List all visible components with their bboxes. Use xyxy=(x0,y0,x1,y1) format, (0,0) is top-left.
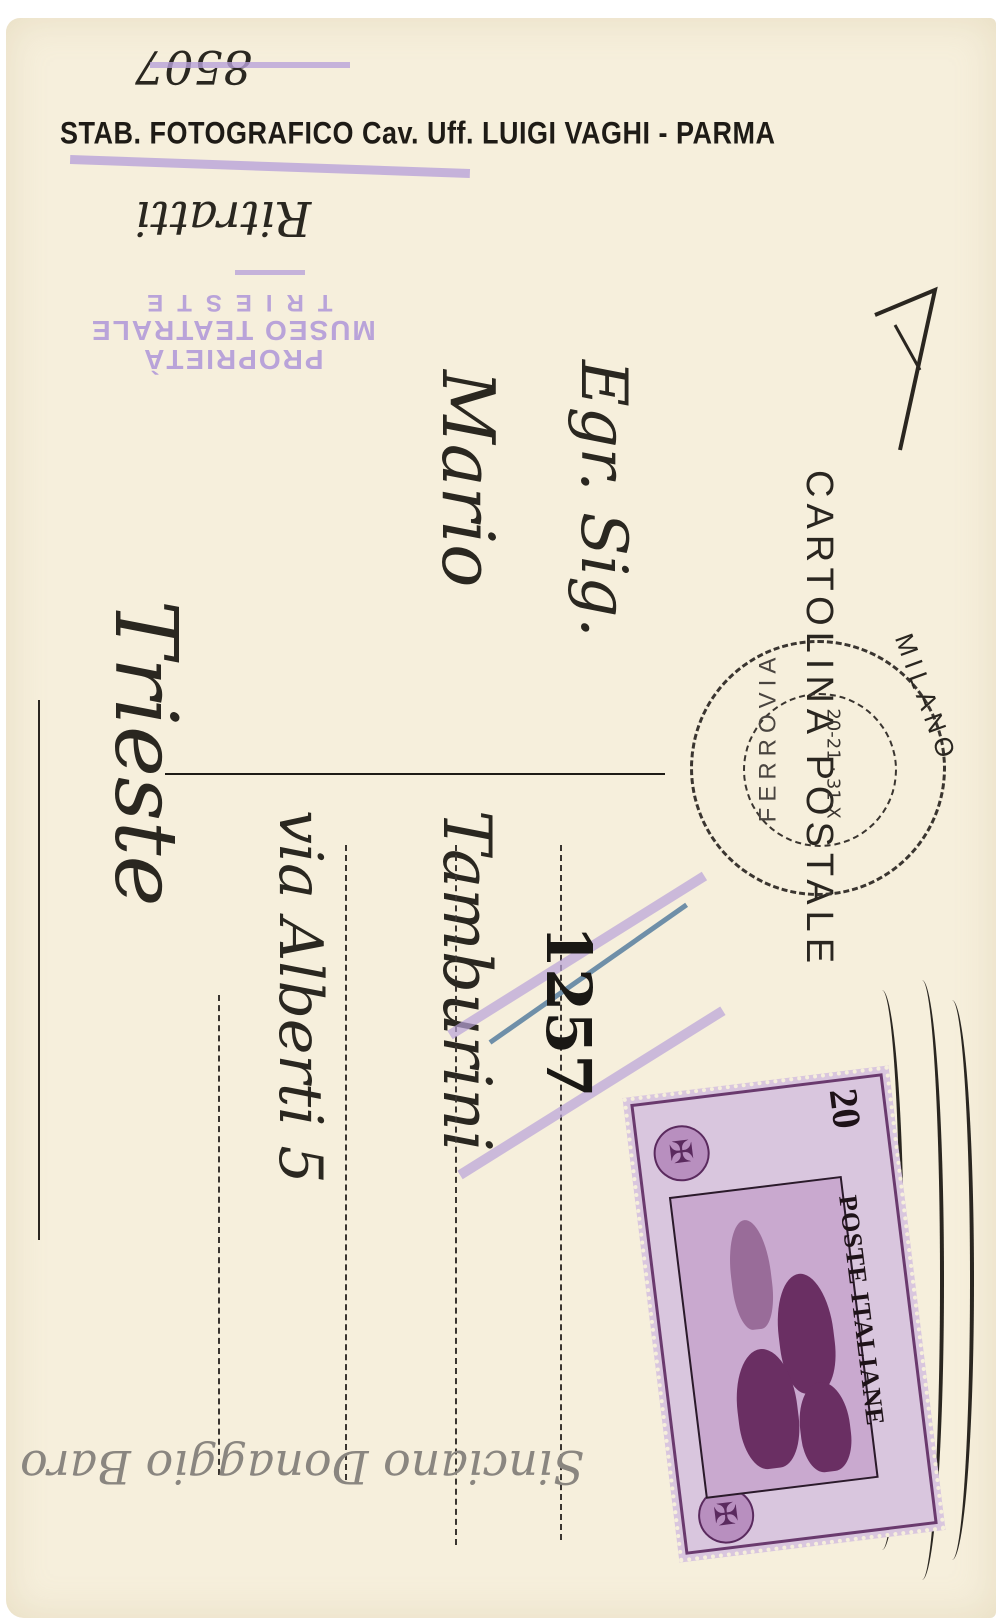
address-line-5: Trieste xyxy=(95,600,195,906)
address-line-2: Mario xyxy=(426,370,510,587)
handwritten-note: Ritratti xyxy=(135,190,311,246)
stamp-value: 20 xyxy=(820,1086,872,1131)
postmark: MILANO FERROVIA 20-21 · 31-X xyxy=(690,640,946,896)
address-guide-2 xyxy=(345,845,347,1480)
address-line-4: via Alberti 5 xyxy=(265,810,335,1184)
postmark-office: FERROVIA xyxy=(754,652,782,823)
address-line-1: Egr. Sig. xyxy=(566,360,640,638)
address-guide-0 xyxy=(38,700,40,1240)
address-guide-1 xyxy=(218,995,220,1475)
museum-ownership-stamp: PROPRIETÀ MUSEO TEATRALE TRIESTE xyxy=(90,290,376,374)
violet-mark-top xyxy=(150,62,350,68)
violet-mark-mid xyxy=(235,270,305,275)
postmark-date: 20-21 · 31-X xyxy=(823,708,844,818)
postage-stamp: 20 ✠ ✠ POSTE ITALIANE xyxy=(622,1065,945,1562)
address-divider xyxy=(165,773,665,775)
check-mark-icon xyxy=(860,270,950,460)
publisher-header: STAB. FOTOGRAFICO Cav. Uff. LUIGI VAGHI … xyxy=(60,116,776,152)
address-line-3: Tamburini xyxy=(428,810,505,1152)
pencil-note: Sinciano Donaggio Baro xyxy=(20,1440,584,1494)
catalog-mark: 1257 xyxy=(532,925,605,1098)
crest-icon: ✠ xyxy=(650,1122,712,1184)
